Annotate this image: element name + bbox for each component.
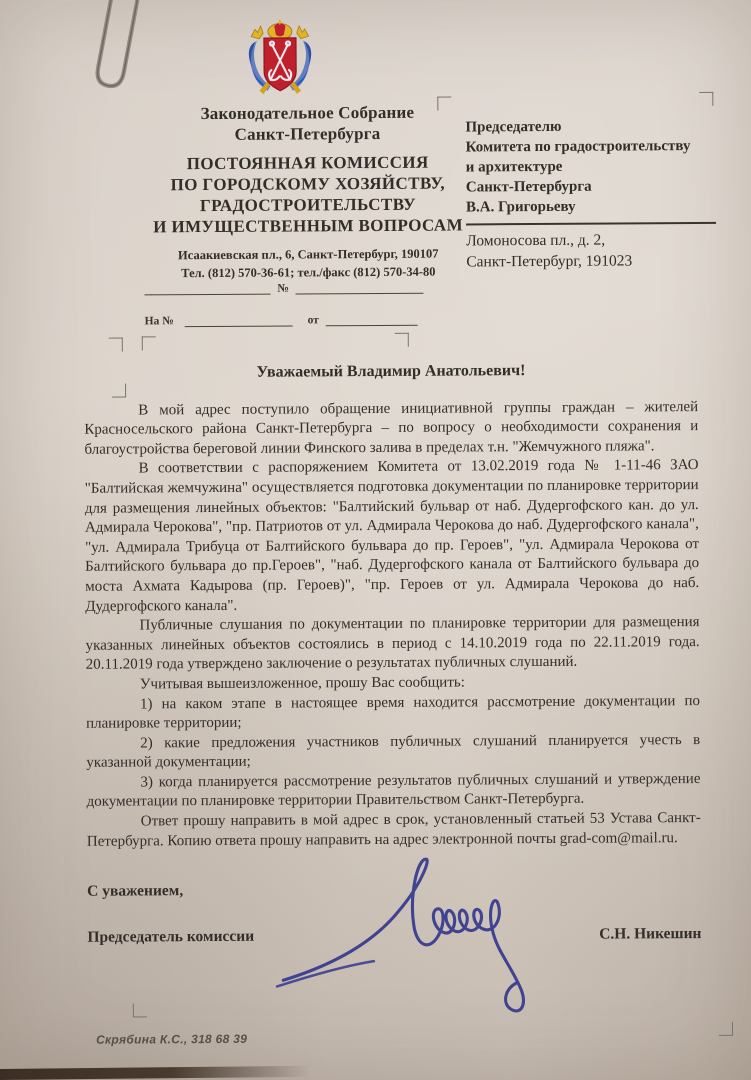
regards-line: С уважением, bbox=[87, 878, 701, 901]
paperclip-icon bbox=[83, 0, 164, 114]
recipient-block: Председателю Комитета по градостроительс… bbox=[465, 116, 718, 273]
corner-mark bbox=[109, 338, 123, 352]
letter-sheet: Законодательное Собрание Санкт-Петербург… bbox=[0, 0, 751, 1080]
corner-mark bbox=[142, 336, 156, 350]
paragraph: Публичные слушания по документации по пл… bbox=[85, 613, 699, 676]
signer-name: С.Н. Никешин bbox=[599, 924, 701, 944]
corner-mark bbox=[699, 92, 713, 106]
paragraph: 3) когда планируется рассмотрение резуль… bbox=[86, 770, 700, 813]
corner-mark bbox=[395, 333, 409, 347]
letter-body: Уважаемый Владимир Анатольевич! В мой ад… bbox=[84, 360, 702, 947]
paragraph: 1) на каком этапе в настоящее время нахо… bbox=[86, 692, 700, 735]
recipient-name: В.А. Григорьеву bbox=[466, 196, 718, 218]
recipient-address-line1: Ломоносова пл., д. 2, bbox=[466, 229, 718, 252]
signoff-block: С уважением, Председатель комиссии С.Н. … bbox=[87, 878, 701, 947]
corner-mark bbox=[133, 1003, 147, 1017]
recipient-divider bbox=[466, 222, 716, 226]
recipient-title: Председателю bbox=[465, 116, 717, 138]
paragraph: 2) какие предложения участников публичны… bbox=[86, 731, 700, 774]
recipient-address-line2: Санкт-Петербург, 191023 bbox=[466, 250, 718, 273]
paragraph: В мой адрес поступило обращение инициати… bbox=[84, 398, 698, 461]
recipient-city: Санкт-Петербурга bbox=[466, 176, 718, 198]
reply-date-line bbox=[326, 312, 418, 327]
reply-number-line bbox=[185, 313, 293, 328]
coat-of-arms-icon bbox=[240, 12, 321, 106]
scanned-letter-photo: Законодательное Собрание Санкт-Петербург… bbox=[0, 0, 751, 1080]
recipient-org-line2: и архитектуре bbox=[466, 156, 718, 178]
number-label: № bbox=[277, 283, 289, 295]
outgoing-number-line bbox=[144, 281, 270, 296]
reply-to-label: На № bbox=[145, 315, 174, 327]
paragraph: Ответ прошу направить в мой адрес в срок… bbox=[87, 809, 701, 852]
recipient-org-line1: Комитета по градостроительству bbox=[466, 136, 718, 158]
from-label: от bbox=[308, 314, 319, 326]
corner-mark bbox=[437, 97, 451, 111]
executor-note: Скрябина К.С., 318 68 39 bbox=[96, 1032, 247, 1047]
outgoing-date-line bbox=[296, 280, 424, 295]
paragraph: В соответствии с распоряжением Комитета … bbox=[85, 456, 700, 616]
corner-mark bbox=[719, 1022, 733, 1036]
salutation: Уважаемый Владимир Анатольевич! bbox=[84, 360, 698, 383]
signer-position: Председатель комиссии bbox=[87, 927, 254, 948]
